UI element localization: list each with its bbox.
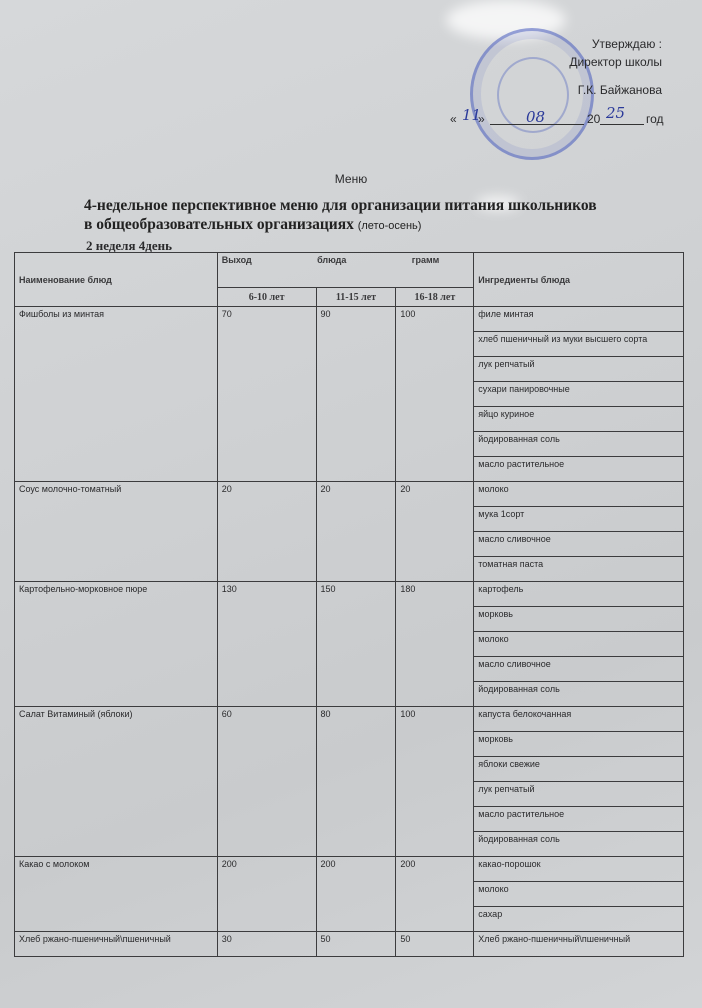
- table-row: Салат Витаминый (яблоки)6080100капуста б…: [15, 707, 684, 732]
- ingredient: лук репчатый: [474, 782, 684, 807]
- yield-11-15: 150: [316, 582, 396, 707]
- ingredient: яйцо куриное: [474, 407, 684, 432]
- date-close: »: [478, 112, 485, 126]
- yield-word: грамм: [412, 255, 440, 265]
- date-month: 08: [526, 108, 545, 126]
- ingredient: капуста белокочанная: [474, 707, 684, 732]
- ingredient: сахар: [474, 907, 684, 932]
- dish-name: Хлеб ржано-пшеничный\пшеничный: [15, 932, 218, 957]
- ingredient: масло растительное: [474, 807, 684, 832]
- yield-word: Выход: [222, 255, 252, 265]
- menu-label: Меню: [0, 172, 702, 186]
- yield-11-15: 20: [316, 482, 396, 582]
- ingredient: сухари панировочные: [474, 382, 684, 407]
- director-position: Директор школы: [569, 56, 662, 68]
- ingredient: молоко: [474, 632, 684, 657]
- header-yield: Выход блюда грамм: [217, 253, 474, 288]
- date-open: «: [450, 112, 457, 126]
- yield-16-18: 20: [396, 482, 474, 582]
- director-name: Г.К. Байжанова: [578, 84, 662, 96]
- ingredient: йодированная соль: [474, 682, 684, 707]
- header-ingredients: Ингредиенты блюда: [474, 253, 684, 307]
- ingredient: Хлеб ржано-пшеничный\пшеничный: [474, 932, 684, 957]
- ingredient: морковь: [474, 732, 684, 757]
- ingredient: масло растительное: [474, 457, 684, 482]
- yield-16-18: 50: [396, 932, 474, 957]
- document-title: 4-недельное перспективное меню для орган…: [84, 196, 597, 235]
- header-age-11-15: 11-15 лет: [316, 288, 396, 307]
- header-dish-name: Наименование блюд: [15, 253, 218, 307]
- yield-6-10: 30: [217, 932, 316, 957]
- table-row: Соус молочно-томатный202020молоко: [15, 482, 684, 507]
- dish-name: Салат Витаминый (яблоки): [15, 707, 218, 857]
- title-line-1: 4-недельное перспективное меню для орган…: [84, 196, 597, 215]
- yield-11-15: 200: [316, 857, 396, 932]
- ingredient: морковь: [474, 607, 684, 632]
- yield-6-10: 60: [217, 707, 316, 857]
- season-label: (лето-осень): [358, 220, 422, 232]
- ingredient: картофель: [474, 582, 684, 607]
- yield-6-10: 130: [217, 582, 316, 707]
- dish-name: Фишболы из минтая: [15, 307, 218, 482]
- ingredient: филе минтая: [474, 307, 684, 332]
- ingredient: масло сливочное: [474, 532, 684, 557]
- dish-name: Картофельно-морковное пюре: [15, 582, 218, 707]
- table-row: Хлеб ржано-пшеничный\пшеничный305050Хлеб…: [15, 932, 684, 957]
- ingredient: яблоки свежие: [474, 757, 684, 782]
- dish-name: Соус молочно-томатный: [15, 482, 218, 582]
- year-suffix: 25: [606, 104, 625, 122]
- yield-11-15: 80: [316, 707, 396, 857]
- menu-table: Наименование блюд Выход блюда грамм Ингр…: [14, 252, 684, 957]
- ingredient: лук репчатый: [474, 357, 684, 382]
- yield-16-18: 100: [396, 307, 474, 482]
- approve-label: Утверждаю :: [592, 38, 662, 50]
- ingredient: томатная паста: [474, 557, 684, 582]
- ingredient: хлеб пшеничный из муки высшего сорта: [474, 332, 684, 357]
- table-row: Картофельно-морковное пюре130150180карто…: [15, 582, 684, 607]
- ingredient: йодированная соль: [474, 432, 684, 457]
- yield-16-18: 180: [396, 582, 474, 707]
- ingredient: мука 1сорт: [474, 507, 684, 532]
- year-prefix: 20: [587, 112, 600, 126]
- ingredient: какао-порошок: [474, 857, 684, 882]
- ingredient: масло сливочное: [474, 657, 684, 682]
- header-age-16-18: 16-18 лет: [396, 288, 474, 307]
- dish-name: Какао с молоком: [15, 857, 218, 932]
- yield-6-10: 20: [217, 482, 316, 582]
- yield-word: блюда: [317, 255, 346, 265]
- year-underline: [600, 124, 644, 125]
- yield-11-15: 50: [316, 932, 396, 957]
- yield-6-10: 200: [217, 857, 316, 932]
- header-age-6-10: 6-10 лет: [217, 288, 316, 307]
- yield-11-15: 90: [316, 307, 396, 482]
- yield-16-18: 100: [396, 707, 474, 857]
- table-row: Фишболы из минтая7090100филе минтая: [15, 307, 684, 332]
- ingredient: молоко: [474, 482, 684, 507]
- yield-16-18: 200: [396, 857, 474, 932]
- yield-6-10: 70: [217, 307, 316, 482]
- official-stamp: [470, 28, 594, 160]
- table-row: Какао с молоком200200200какао-порошок: [15, 857, 684, 882]
- title-line-2: в общеобразовательных организациях: [84, 216, 354, 233]
- ingredient: йодированная соль: [474, 832, 684, 857]
- ingredient: молоко: [474, 882, 684, 907]
- year-word: год: [646, 112, 664, 126]
